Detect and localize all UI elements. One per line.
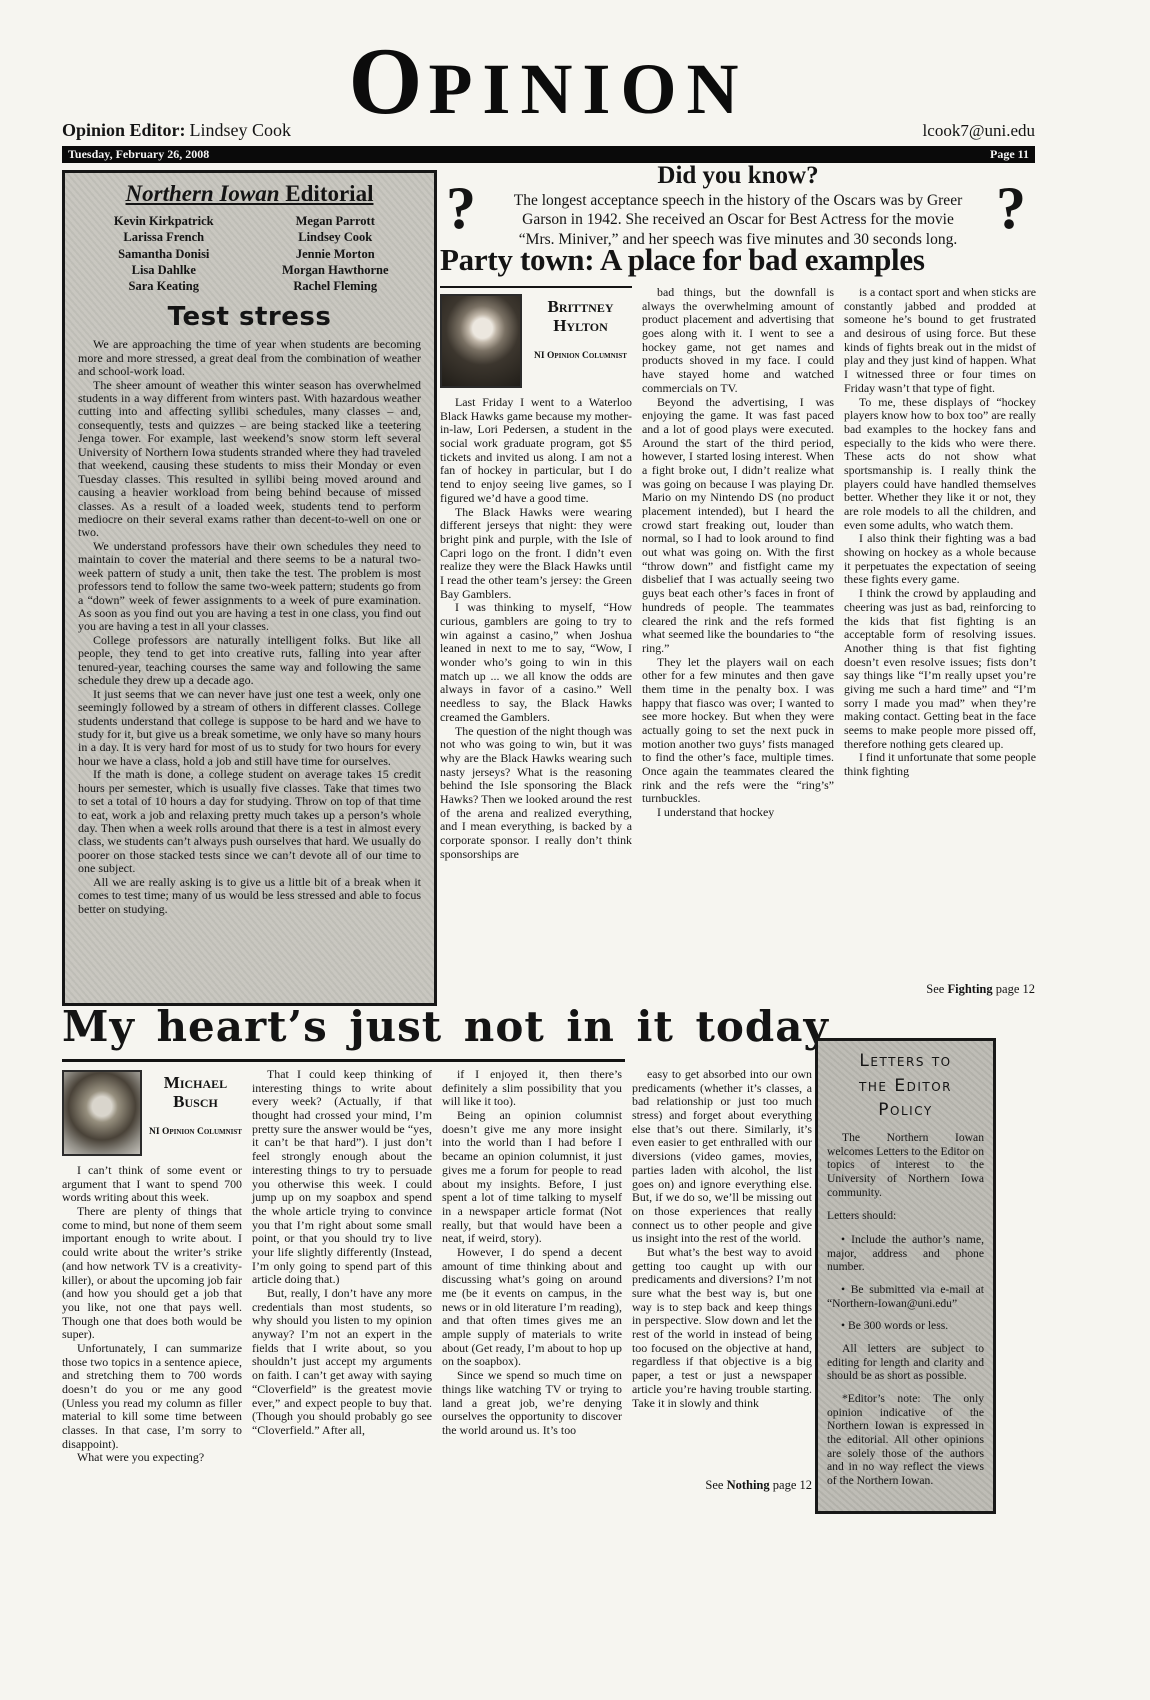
letters-policy-title-line: Letters to [827,1049,984,1074]
paragraph: is a contact sport and when sticks are c… [844,286,1036,396]
paragraph: I understand that hockey [642,806,834,820]
did-you-know-box: ? ? Did you know? The longest acceptance… [440,162,1036,242]
staff-name: Megan Parrott [250,213,422,229]
editorial-title-suffix: Editorial [280,181,374,206]
paragraph: But what’s the best way to avoid getting… [632,1246,812,1410]
policy-bullet: Be 300 words or less. [827,1319,984,1333]
did-you-know-text: The longest acceptance speech in the his… [512,191,964,249]
paragraph: The question of the night though was not… [440,725,632,862]
letters-policy-title-line: Policy [827,1098,984,1123]
question-mark-icon: ? [996,178,1026,238]
editorial-paragraph: We understand professors have their own … [78,540,421,634]
heart-article: Michael Busch NI Opinion Columnist I can… [62,1068,812,1508]
staff-name: Morgan Hawthorne [250,262,422,278]
jump-page: page 12 [773,1478,812,1492]
staff-name: Larissa French [78,229,250,245]
jump-story-name: Nothing [727,1478,770,1492]
editorial-box: Northern Iowan Editorial Kevin Kirkpatri… [62,170,437,1006]
continuation-line: See Fighting page 12 [855,982,1035,997]
paragraph: I was thinking to myself, “How curious, … [440,601,632,724]
staff-name: Lisa Dahlke [78,262,250,278]
staff-name: Lindsey Cook [250,229,422,245]
staff-name: Rachel Fleming [250,278,422,294]
author-meta: Brittney Hylton NI Opinion Columnist [529,294,632,388]
article-headline-party-town: Party town: A place for bad examples [440,242,1036,278]
author-meta: Michael Busch NI Opinion Columnist [149,1070,242,1156]
letters-policy-title-line: the Editor [827,1074,984,1099]
policy-bullet: Be submitted via e-mail at “Northern-Iow… [827,1283,984,1310]
editorial-paragraph: All we are really asking is to give us a… [78,876,421,916]
author-name: Brittney Hylton [529,298,632,335]
paragraph: I find it unfortunate that some people t… [844,751,1036,778]
staff-column-right: Megan ParrottLindsey CookJennie MortonMo… [250,213,422,294]
editors-note: *Editor’s note: The only opinion indicat… [827,1392,984,1488]
paragraph: easy to get absorbed into our own predic… [632,1068,812,1246]
paragraph: Last Friday I went to a Waterloo Black H… [440,396,632,506]
opinion-editor-name: Lindsey Cook [190,120,292,140]
paragraph: They let the players wail on each other … [642,656,834,807]
column-body: I can’t think of some event or argument … [62,1164,242,1465]
author-last-name: Hylton [529,317,632,336]
paragraph: To me, these displays of “hockey players… [844,396,1036,533]
author-photo [62,1070,142,1156]
editor-email: lcook7@uni.edu [923,121,1035,141]
article-column: if I enjoyed it, then there’s definitely… [442,1068,622,1508]
page-number: Page 11 [990,147,1029,162]
author-credit: NI Opinion Columnist [529,351,632,361]
staff-name: Jennie Morton [250,246,422,262]
issue-date: Tuesday, February 26, 2008 [68,147,209,162]
opinion-editor: Opinion Editor: Lindsey Cook [62,120,291,141]
editor-row: Opinion Editor: Lindsey Cook lcook7@uni.… [62,120,1035,141]
editorial-headline: Test stress [78,302,421,332]
jump-see: See [705,1478,723,1492]
article-column: Michael Busch NI Opinion Columnist I can… [62,1068,242,1508]
staff-name: Samantha Donisi [78,246,250,262]
letters-policy-note: All letters are subject to editing for l… [827,1342,984,1383]
staff-name: Sara Keating [78,278,250,294]
paragraph: Being an opinion columnist doesn’t give … [442,1109,622,1246]
jump-page: page 12 [996,982,1035,996]
author-block: Brittney Hylton NI Opinion Columnist [440,286,632,388]
editorial-title: Northern Iowan Editorial [78,181,421,207]
letters-policy-bullets: Include the author’s name, major, addres… [827,1233,984,1333]
paragraph: I also think their fighting was a bad sh… [844,532,1036,587]
editorial-body: We are approaching the time of year when… [78,338,421,916]
article-column: is a contact sport and when sticks are c… [844,286,1036,1002]
article-column: bad things, but the downfall is always t… [642,286,834,1002]
staff-name: Kevin Kirkpatrick [78,213,250,229]
paragraph: What were you expecting? [62,1451,242,1465]
editorial-paragraph: If the math is done, a college student o… [78,768,421,876]
author-credit: NI Opinion Columnist [149,1127,242,1137]
page-title-initial: O [349,28,429,134]
page-title-rest: PINION [428,49,748,129]
editorial-paragraph: We are approaching the time of year when… [78,338,421,378]
paragraph: bad things, but the downfall is always t… [642,286,834,396]
paragraph: The Black Hawks were wearing different j… [440,506,632,602]
letters-policy-box: Letters to the Editor Policy The Norther… [815,1038,996,1514]
editorial-paragraph: College professors are naturally intelli… [78,634,421,688]
paragraph: if I enjoyed it, then there’s definitely… [442,1068,622,1109]
paragraph: However, I do spend a decent amount of t… [442,1246,622,1369]
paragraph: I can’t think of some event or argument … [62,1164,242,1205]
paragraph: Since we spend so much time on things li… [442,1369,622,1437]
author-photo [440,294,522,388]
article-column: easy to get absorbed into our own predic… [632,1068,812,1508]
newspaper-page: OPINION Opinion Editor: Lindsey Cook lco… [0,0,1150,1700]
author-first-name: Brittney [529,298,632,317]
paragraph: Beyond the advertising, I was enjoying t… [642,396,834,656]
letters-should-label: Letters should: [827,1209,984,1223]
opinion-editor-label: Opinion Editor: [62,120,186,140]
column-body: Last Friday I went to a Waterloo Black H… [440,396,632,861]
letters-policy-intro: The Northern Iowan welcomes Letters to t… [827,1131,984,1199]
editorial-title-paper-name: Northern Iowan [126,181,280,206]
paragraph: Unfortunately, I can summarize those two… [62,1342,242,1452]
jump-story-name: Fighting [947,982,992,996]
headline-rule [62,1059,625,1062]
jump-see: See [926,982,944,996]
editorial-paragraph: The sheer amount of weather this winter … [78,379,421,540]
editorial-paragraph: It just seems that we can never have jus… [78,688,421,769]
article-column: Brittney Hylton NI Opinion Columnist Las… [440,286,632,1002]
question-mark-icon: ? [446,178,476,238]
author-name: Michael Busch [149,1074,242,1111]
paragraph: But, really, I don’t have any more crede… [252,1287,432,1438]
letters-policy-title: Letters to the Editor Policy [827,1049,984,1123]
date-bar: Tuesday, February 26, 2008 Page 11 [62,146,1035,163]
paragraph: I think the crowd by applauding and chee… [844,587,1036,751]
policy-bullet: Include the author’s name, major, addres… [827,1233,984,1274]
article-headline-heart: My heart’s just not in it today [62,1002,822,1051]
paragraph: There are plenty of things that come to … [62,1205,242,1342]
staff-column-left: Kevin KirkpatrickLarissa FrenchSamantha … [78,213,250,294]
did-you-know-title: Did you know? [440,162,1036,190]
editorial-staff-list: Kevin KirkpatrickLarissa FrenchSamantha … [78,213,421,294]
author-last-name: Busch [149,1093,242,1112]
author-block: Michael Busch NI Opinion Columnist [62,1068,242,1156]
article-column: That I could keep thinking of interestin… [252,1068,432,1508]
party-town-article: Brittney Hylton NI Opinion Columnist Las… [440,286,1036,1002]
author-first-name: Michael [149,1074,242,1093]
paragraph: That I could keep thinking of interestin… [252,1068,432,1287]
continuation-line: See Nothing page 12 [640,1478,812,1493]
